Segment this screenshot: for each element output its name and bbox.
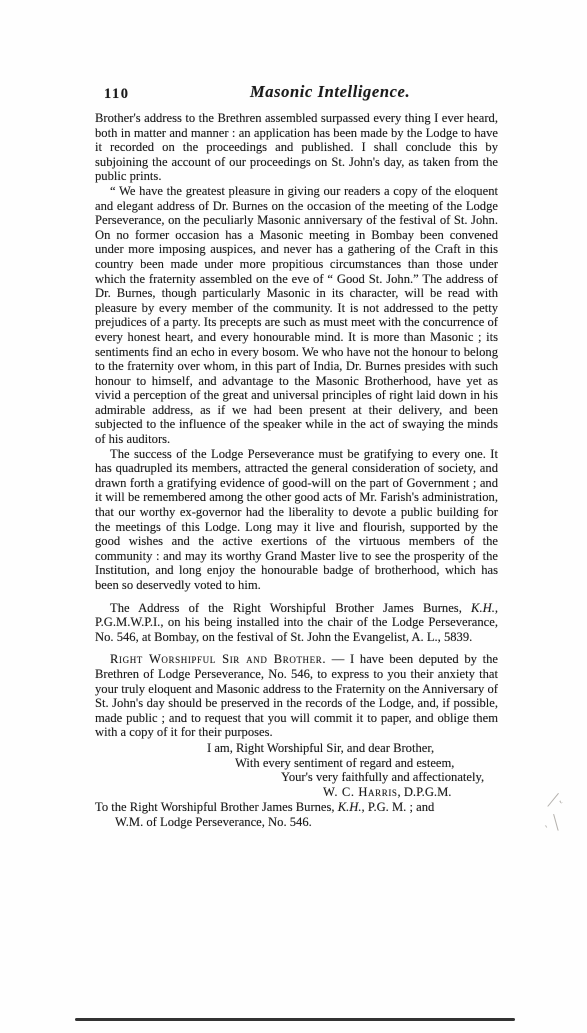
signature-name: W. C. Harris (323, 785, 398, 799)
letter-salutation: Right Worshipful Sir and Brother. (110, 652, 326, 666)
addressee-block: To the Right Worshipful Brother James Bu… (95, 800, 498, 829)
paragraph-continuation: Brother's address to the Brethren assemb… (95, 111, 498, 184)
honour-abbreviation: K.H., (338, 800, 365, 814)
signature-line: W. C. Harris, D.P.G.M. (95, 785, 498, 800)
address-heading-text: The Address of the Right Worshipful Brot… (110, 601, 471, 615)
paragraph-quoted-address: “ We have the greatest pleasure in givin… (95, 184, 498, 447)
addressee-line: W.M. of Lodge Perseverance, No. 546. (95, 815, 498, 830)
page-body: Brother's address to the Brethren assemb… (95, 111, 498, 830)
signature-title: , D.P.G.M. (398, 785, 452, 799)
page-number: 110 (104, 86, 129, 103)
addressee-line: To the Right Worshipful Brother James Bu… (95, 800, 498, 815)
honour-abbreviation: K.H., (471, 601, 498, 615)
handwritten-mark: ╱ ˞ (547, 792, 565, 811)
closing-line: With every sentiment of regard and estee… (95, 756, 498, 771)
scan-artifact-line (75, 1018, 515, 1021)
paragraph-lodge-success: The success of the Lodge Perseverance mu… (95, 447, 498, 593)
addressee-text-rest: P.G. M. ; and (365, 800, 435, 814)
address-heading-paragraph: The Address of the Right Worshipful Brot… (95, 601, 498, 645)
document-page: 110 Masonic Intelligence. Brother's addr… (0, 0, 587, 1033)
page-title: Masonic Intelligence. (250, 82, 410, 102)
handwritten-mark: ˏ ╲ (543, 813, 561, 832)
address-heading-text-rest: P.G.M.W.P.I., on his being installed int… (95, 615, 498, 644)
letter-body-paragraph: Right Worshipful Sir and Brother. — I ha… (95, 652, 498, 740)
addressee-text: To the Right Worshipful Brother James Bu… (95, 800, 338, 814)
closing-line: Your's very faithfully and affectionatel… (95, 770, 498, 785)
closing-line: I am, Right Worshipful Sir, and dear Bro… (95, 741, 498, 756)
letter-closing: I am, Right Worshipful Sir, and dear Bro… (95, 741, 498, 799)
